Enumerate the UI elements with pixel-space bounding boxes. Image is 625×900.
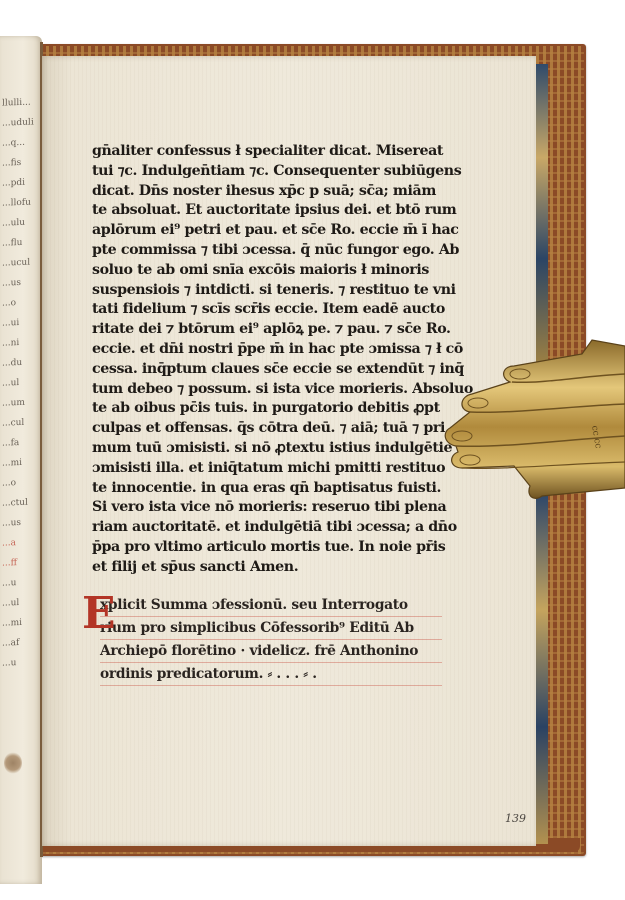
text-line: soluo te ab omi snīa excōis maioris ł mi… <box>92 261 432 281</box>
main-text-block: gn̄aliter confessus ł specialiter dicat.… <box>92 142 432 578</box>
text-line: tui ⁊c. Indulgen̄tiam ⁊c. Consequenter s… <box>92 162 432 182</box>
text-line: tati fidelium ⁊ scīs scr̄is eccie. Item … <box>92 300 432 320</box>
left-page-line: ...ul <box>2 597 38 618</box>
text-line: dicat. Dn̄s noster ihesus xp̄c p suā; sc… <box>92 182 432 202</box>
left-page-line: ...a <box>2 537 38 558</box>
left-page-line: llulli... <box>2 97 38 118</box>
colophon-line: ordinis predicatorum. ⸗ . . . ⸗ . <box>100 663 442 686</box>
text-line: riam auctoritatē. et indulgētiā tibi ɔce… <box>92 518 432 538</box>
left-page-line: ...ff <box>2 557 38 578</box>
left-page-line: ...q... <box>2 137 38 158</box>
text-line: ritate dei ⁊ btōrum ei⁹ aplōꝝ pe. ⁊ pau.… <box>92 320 432 340</box>
text-line: ɔmisisti illa. et iniq̄tatum michi pmitt… <box>92 459 432 479</box>
text-line: te ab oibus pc̄is tuis. in purgatorio de… <box>92 399 432 419</box>
text-line: tum debeo ⁊ possum. si ista vice morieri… <box>92 380 432 400</box>
left-page-line: ...u <box>2 657 38 678</box>
text-line: gn̄aliter confessus ł specialiter dicat.… <box>92 142 432 162</box>
colophon-initial: E <box>82 592 116 636</box>
left-page-line: ...us <box>2 277 38 298</box>
left-page-line: ...u <box>2 577 38 598</box>
colophon-line: xplicit Summa ɔfessionū. seu Interrogato <box>100 594 442 617</box>
text-line: culpas et offensas. q̄s cōtra deū. ⁊ aiā… <box>92 419 432 439</box>
left-page-line: ...o <box>2 297 38 318</box>
text-line: pte commissa ⁊ tibi ɔcessa. q̄ nūc fungo… <box>92 241 432 261</box>
brass-hand-icon: cc cc <box>442 336 625 506</box>
left-page-line: ...us <box>2 517 38 538</box>
text-line: mum tuū ɔmisisti. si nō ꝓtextu istius in… <box>92 439 432 459</box>
left-page-line: ...pdi <box>2 177 38 198</box>
text-line: aplōrum ei⁹ petri et pau. et sc̄e Ro. ec… <box>92 221 432 241</box>
text-line: Si vero ista vice nō morieris: reseruo t… <box>92 498 432 518</box>
left-page-line: ...flu <box>2 237 38 258</box>
left-page-line: ...ul <box>2 377 38 398</box>
text-line: p̄pa pro vltimo articulo mortis tue. In … <box>92 538 432 558</box>
left-page-line: ...mi <box>2 457 38 478</box>
colophon-line: Archiepō florētino · videlicz. frē Antho… <box>100 640 442 663</box>
left-page-line: ...fis <box>2 157 38 178</box>
left-page-line: ...llofu <box>2 197 38 218</box>
left-page-line: ...ni <box>2 337 38 358</box>
text-line: te innocentie. in qua eras qn̄ baptisatu… <box>92 479 432 499</box>
colophon-line: rium pro simplicibus Cōfessorib⁹ Editū A… <box>100 617 442 640</box>
left-page-line: ...du <box>2 357 38 378</box>
hand-clasp: cc cc <box>442 336 625 506</box>
left-page-line: ...ctul <box>2 497 38 518</box>
left-page-line: ...cul <box>2 417 38 438</box>
left-page-line: ...ulu <box>2 217 38 238</box>
text-line: suspensiois ⁊ intdicti. si teneris. ⁊ re… <box>92 281 432 301</box>
left-page-line: ...ucul <box>2 257 38 278</box>
left-page-line: ...um <box>2 397 38 418</box>
left-page-line: ...fa <box>2 437 38 458</box>
left-facing-page: llulli......uduli...q......fis...pdi...l… <box>0 36 42 884</box>
left-page-line: ...mi <box>2 617 38 638</box>
text-line: te absoluat. Et auctoritate ipsius dei. … <box>92 201 432 221</box>
folio-number: 139 <box>505 812 526 825</box>
text-line: cessa. inq̄ptum claues sc̄e eccie se ext… <box>92 360 432 380</box>
left-page-text: llulli......uduli...q......fis...pdi...l… <box>2 98 38 678</box>
text-line: eccie. et dn̄i nostri p̄pe m̄ in hac pte… <box>92 340 432 360</box>
left-page-line: ...o <box>2 477 38 498</box>
text-line: et filij et sp̄us sancti Amen. <box>92 558 432 578</box>
left-page-line: ...af <box>2 637 38 658</box>
left-page-line: ...uduli <box>2 117 38 138</box>
foxing-stain <box>4 752 22 774</box>
colophon: E xplicit Summa ɔfessionū. seu Interroga… <box>82 594 442 686</box>
left-page-line: ...ui <box>2 317 38 338</box>
